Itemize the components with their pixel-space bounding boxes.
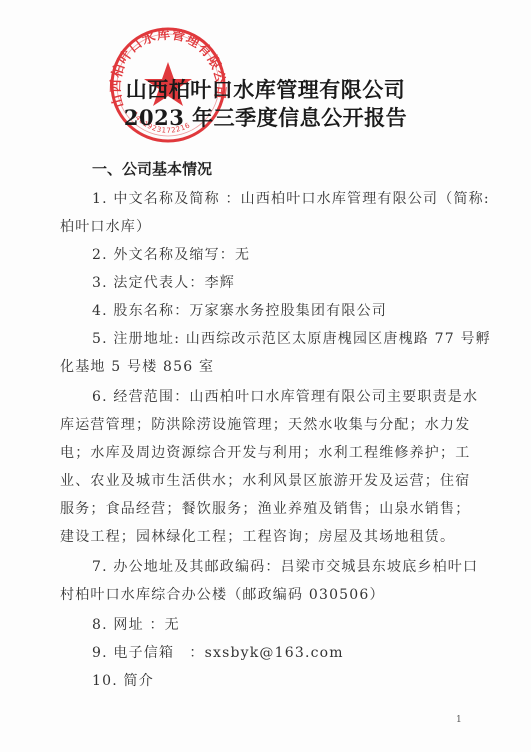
item-business-scope-cont: 库运营管理；防洪除涝设施管理；天然水收集与分配；水力发 [60, 414, 470, 434]
item-business-scope-cont: 业、农业及城市生活供水；水利风景区旅游开发及运营；住宿 [60, 470, 470, 490]
document-page: 山西柏叶口水库管理有限公司 1401923172216 山西柏叶口水库管理有限公… [0, 0, 531, 752]
item-email: 9. 电子信箱 ：sxsbyk@163.com [92, 642, 344, 662]
document-title-line-1: 山西柏叶口水库管理有限公司 [0, 74, 531, 104]
item-office-address: 7. 办公地址及其邮政编码：吕梁市交城县东坡底乡柏叶口 [92, 556, 478, 576]
item-shareholder: 4. 股东名称：万家寨水务控股集团有限公司 [92, 300, 387, 320]
page-number: 1 [456, 715, 462, 725]
item-chinese-name-cont: 柏叶口水库） [60, 216, 151, 236]
document-title-line-2: 2023 年三季度信息公开报告 [0, 102, 531, 132]
section-heading: 一、公司基本情况 [92, 158, 212, 179]
item-business-scope: 6. 经营范围：山西柏叶口水库管理有限公司主要职责是水 [92, 386, 478, 406]
item-office-address-cont: 村柏叶口水库综合办公楼（邮政编码 030506） [60, 584, 385, 604]
item-business-scope-cont: 建设工程；园林绿化工程；工程咨询；房屋及其场地租赁。 [60, 526, 455, 546]
item-registered-address: 5. 注册地址: 山西综改示范区太原唐槐园区唐槐路 77 号孵 [92, 328, 491, 348]
item-business-scope-cont: 电；水库及周边资源综合开发与利用；水利工程维修养护；工 [60, 442, 470, 462]
item-introduction: 10. 简介 [92, 670, 154, 690]
item-legal-rep: 3. 法定代表人：李辉 [92, 272, 235, 292]
item-website: 8. 网址 ：无 [92, 614, 180, 634]
item-foreign-name: 2. 外文名称及缩写：无 [92, 244, 250, 264]
item-business-scope-cont: 服务；食品经营；餐饮服务；渔业养殖及销售；山泉水销售； [60, 498, 470, 518]
item-registered-address-cont: 化基地 5 号楼 856 室 [60, 356, 214, 376]
item-chinese-name: 1. 中文名称及简称 ：山西柏叶口水库管理有限公司（简称: [92, 188, 490, 208]
